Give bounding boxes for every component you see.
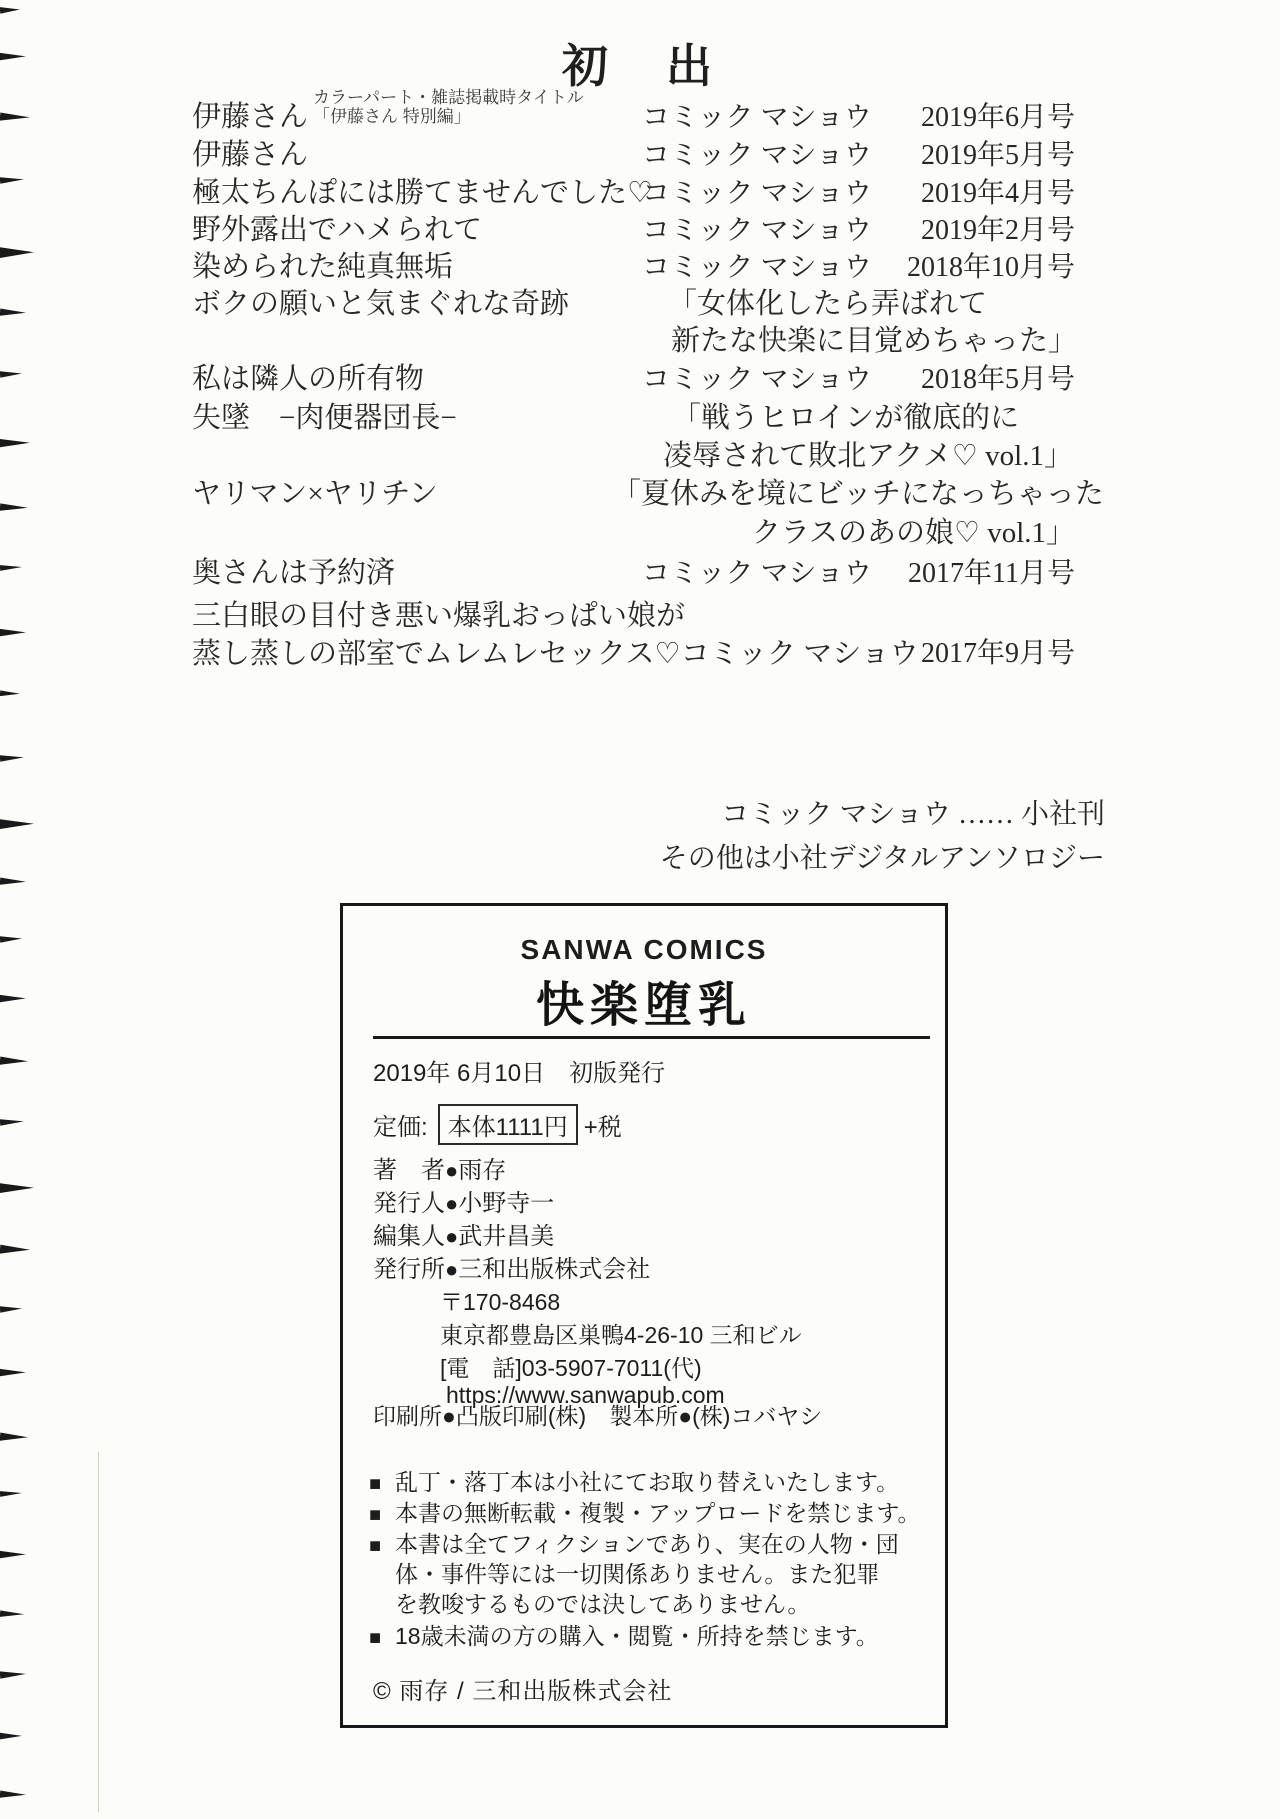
binding-mark bbox=[0, 628, 26, 637]
publication-source: コミック マショウ bbox=[642, 245, 872, 285]
imprint-label: SANWA COMICS bbox=[343, 934, 945, 966]
work-title-line1: 三白眼の目付き悪い爆乳おっぱい娘が bbox=[192, 593, 685, 634]
publication-source-quote-line1: 「戦うヒロインが徹底的に bbox=[672, 395, 1019, 436]
square-bullet-icon: ■ bbox=[369, 1627, 395, 1650]
binding-mark bbox=[0, 1243, 30, 1255]
credit-editor: 編集人●武井昌美 bbox=[373, 1216, 554, 1251]
credit-name: 武井昌美 bbox=[458, 1223, 554, 1250]
notice-line: ■本書は全てフィクションであり、実在の人物・団 bbox=[369, 1526, 899, 1559]
book-title: 快楽堕乳 bbox=[343, 966, 945, 1035]
printer-binder-line: 印刷所●凸版印刷(株) 製本所●(株)コバヤシ bbox=[373, 1398, 822, 1431]
publication-source: コミック マショウ bbox=[642, 95, 872, 135]
binding-mark bbox=[0, 111, 30, 122]
postal-code: 〒170-8468 bbox=[440, 1284, 560, 1317]
work-title: 野外露出でハメられて bbox=[192, 207, 482, 248]
binding-mark bbox=[0, 1056, 28, 1067]
notice-text: 乱丁・落丁本は小社にてお取り替えいたします。 bbox=[395, 1469, 899, 1495]
publication-issue: 2018年10月号 bbox=[907, 245, 1075, 285]
work-title: 伊藤さん bbox=[192, 94, 308, 135]
binding-mark bbox=[0, 1670, 26, 1680]
square-bullet-icon: ■ bbox=[369, 1535, 395, 1558]
binding-mark bbox=[0, 438, 30, 448]
work-title: 極太ちんぽには勝てませんでした♡ bbox=[192, 170, 653, 211]
price-line: 定価:本体1111円+税 bbox=[373, 1104, 622, 1145]
binding-mark bbox=[0, 935, 22, 944]
binding-mark bbox=[0, 877, 26, 887]
binding-mark bbox=[0, 1118, 24, 1127]
credit-publisher-person: 発行人●小野寺一 bbox=[373, 1183, 554, 1218]
notice-line: ■乱丁・落丁本は小社にてお取り替えいたします。 bbox=[369, 1464, 899, 1497]
publication-source-quote-line1: 「夏休みを境にビッチになっちゃった bbox=[612, 471, 1104, 512]
credit-name: 雨存 bbox=[458, 1157, 506, 1184]
notice-line: ■18歳未満の方の購入・閲覧・所持を禁じます。 bbox=[369, 1618, 879, 1651]
binding-mark bbox=[0, 308, 26, 318]
credit-role: 発行所 bbox=[373, 1256, 445, 1283]
work-title: 奥さんは予約済 bbox=[192, 550, 395, 591]
divider-rule bbox=[373, 1036, 930, 1039]
binding-mark bbox=[0, 994, 26, 1003]
binding-mark bbox=[0, 818, 34, 830]
publication-issue: 2017年11月号 bbox=[908, 551, 1075, 591]
publication-source: コミック マショウ bbox=[642, 357, 872, 397]
binding-mark bbox=[0, 6, 20, 15]
work-title: ヤリマン×ヤリチン bbox=[192, 471, 438, 512]
credit-publishing-house: 発行所●三和出版株式会社 bbox=[373, 1249, 650, 1284]
bullet-icon: ● bbox=[445, 1224, 458, 1249]
price-tax: +税 bbox=[584, 1114, 622, 1141]
binding-mark bbox=[0, 1610, 24, 1619]
work-title: ボクの願いと気まぐれな奇跡 bbox=[192, 281, 569, 322]
publication-source: コミック マショウ bbox=[642, 551, 872, 591]
binding-mark bbox=[0, 754, 24, 763]
publication-source: コミック マショウ bbox=[642, 133, 872, 173]
publication-source-quote-line2: クラスのあの娘♡ vol.1」 bbox=[752, 510, 1075, 551]
publication-issue: 2017年9月号 bbox=[921, 631, 1075, 671]
binding-mark bbox=[0, 503, 28, 513]
credit-name: 小野寺一 bbox=[458, 1190, 554, 1217]
copyright-line: © 雨存 / 三和出版株式会社 bbox=[373, 1671, 672, 1706]
publication-source: コミック マショウ bbox=[681, 638, 919, 670]
binding-mark bbox=[0, 1732, 22, 1740]
publication-issue: 2019年4月号 bbox=[921, 171, 1075, 211]
work-title-annotation-line1: カラーパート・雑誌掲載時タイトル bbox=[313, 88, 584, 107]
colophon-box: SANWA COMICS 快楽堕乳 2019年 6月10日 初版発行 定価:本体… bbox=[340, 903, 948, 1728]
edition-date: 2019年 6月10日 初版発行 bbox=[373, 1053, 665, 1088]
bullet-icon: ● bbox=[445, 1158, 458, 1183]
binding-mark bbox=[0, 1182, 34, 1194]
binding-mark bbox=[0, 1490, 22, 1498]
credit-author: 著 者●雨存 bbox=[373, 1150, 506, 1185]
notice-text: を教唆するものでは決してありません。 bbox=[395, 1591, 810, 1617]
note-comic-masyo: コミック マショウ …… 小社刊 bbox=[721, 792, 1105, 832]
work-title: 染められた純真無垢 bbox=[192, 244, 453, 285]
colophon-page: 初 出 伊藤さん カラーパート・雑誌掲載時タイトル 「伊藤さん 特別編」 コミッ… bbox=[0, 0, 1280, 1819]
work-title-annotation-line2: 「伊藤さん 特別編」 bbox=[313, 107, 471, 126]
work-title: 伊藤さん bbox=[192, 132, 308, 173]
bullet-icon: ● bbox=[445, 1191, 458, 1216]
binding-mark bbox=[0, 176, 24, 185]
square-bullet-icon: ■ bbox=[369, 1504, 395, 1527]
binding-mark bbox=[0, 1368, 26, 1377]
notice-line: ■本書の無断転載・複製・アップロードを禁じます。 bbox=[369, 1495, 921, 1528]
price-label: 定価: bbox=[373, 1114, 428, 1141]
page-title: 初 出 bbox=[0, 30, 1280, 96]
publication-issue: 2019年5月号 bbox=[921, 133, 1075, 173]
work-title: 私は隣人の所有物 bbox=[192, 356, 424, 397]
binding-mark bbox=[0, 1305, 22, 1314]
credit-name: 三和出版株式会社 bbox=[458, 1256, 650, 1283]
publication-source: コミック マショウ bbox=[642, 208, 872, 248]
binding-mark bbox=[0, 246, 34, 259]
street-address: 東京都豊島区巣鴨4-26-10 三和ビル bbox=[440, 1317, 802, 1350]
publication-source-quote-line2: 新たな快楽に目覚めちゃった」 bbox=[671, 318, 1077, 359]
notice-text: 本書は全てフィクションであり、実在の人物・団 bbox=[395, 1531, 899, 1557]
credit-role: 発行人 bbox=[373, 1190, 445, 1217]
binding-mark bbox=[0, 690, 20, 698]
work-title-line2-text: 蒸し蒸しの部室でムレムレセックス♡ bbox=[192, 638, 681, 670]
notice-line-continuation: 体・事件等には一切関係ありません。また犯罪 bbox=[369, 1556, 879, 1589]
binding-mark bbox=[0, 564, 22, 572]
square-bullet-icon: ■ bbox=[369, 1473, 395, 1496]
credit-role: 編集人 bbox=[373, 1223, 445, 1250]
publication-issue: 2019年6月号 bbox=[921, 95, 1075, 135]
notice-text: 本書の無断転載・複製・アップロードを禁じます。 bbox=[395, 1500, 921, 1526]
publication-source-quote-line2: 凌辱されて敗北アクメ♡ vol.1」 bbox=[663, 433, 1073, 474]
binding-mark bbox=[0, 370, 22, 379]
work-title-line2: 蒸し蒸しの部室でムレムレセックス♡コミック マショウ bbox=[192, 631, 919, 672]
binding-mark bbox=[0, 1790, 26, 1800]
publication-issue: 2018年5月号 bbox=[921, 357, 1075, 397]
notice-line-continuation: を教唆するものでは決してありません。 bbox=[369, 1586, 810, 1619]
notice-text: 体・事件等には一切関係ありません。また犯罪 bbox=[395, 1561, 879, 1587]
credit-role: 著 者 bbox=[373, 1157, 445, 1184]
binding-mark bbox=[0, 1550, 26, 1559]
publication-source-quote-line1: 「女体化したら弄ばれて bbox=[668, 281, 987, 322]
price-value: 本体1111円 bbox=[438, 1104, 578, 1145]
binding-mark bbox=[0, 1432, 28, 1443]
publication-source: コミック マショウ bbox=[642, 171, 872, 211]
publication-issue: 2019年2月号 bbox=[921, 208, 1075, 248]
work-title: 失墜 −肉便器団長− bbox=[192, 395, 457, 436]
bullet-icon: ● bbox=[445, 1257, 458, 1282]
scan-artifact-line bbox=[98, 1452, 99, 1812]
notice-text: 18歳未満の方の購入・閲覧・所持を禁じます。 bbox=[395, 1623, 879, 1649]
phone-number: [電 話]03-5907-7011(代) bbox=[440, 1350, 702, 1383]
note-digital-anthology: その他は小社デジタルアンソロジー bbox=[660, 836, 1105, 876]
